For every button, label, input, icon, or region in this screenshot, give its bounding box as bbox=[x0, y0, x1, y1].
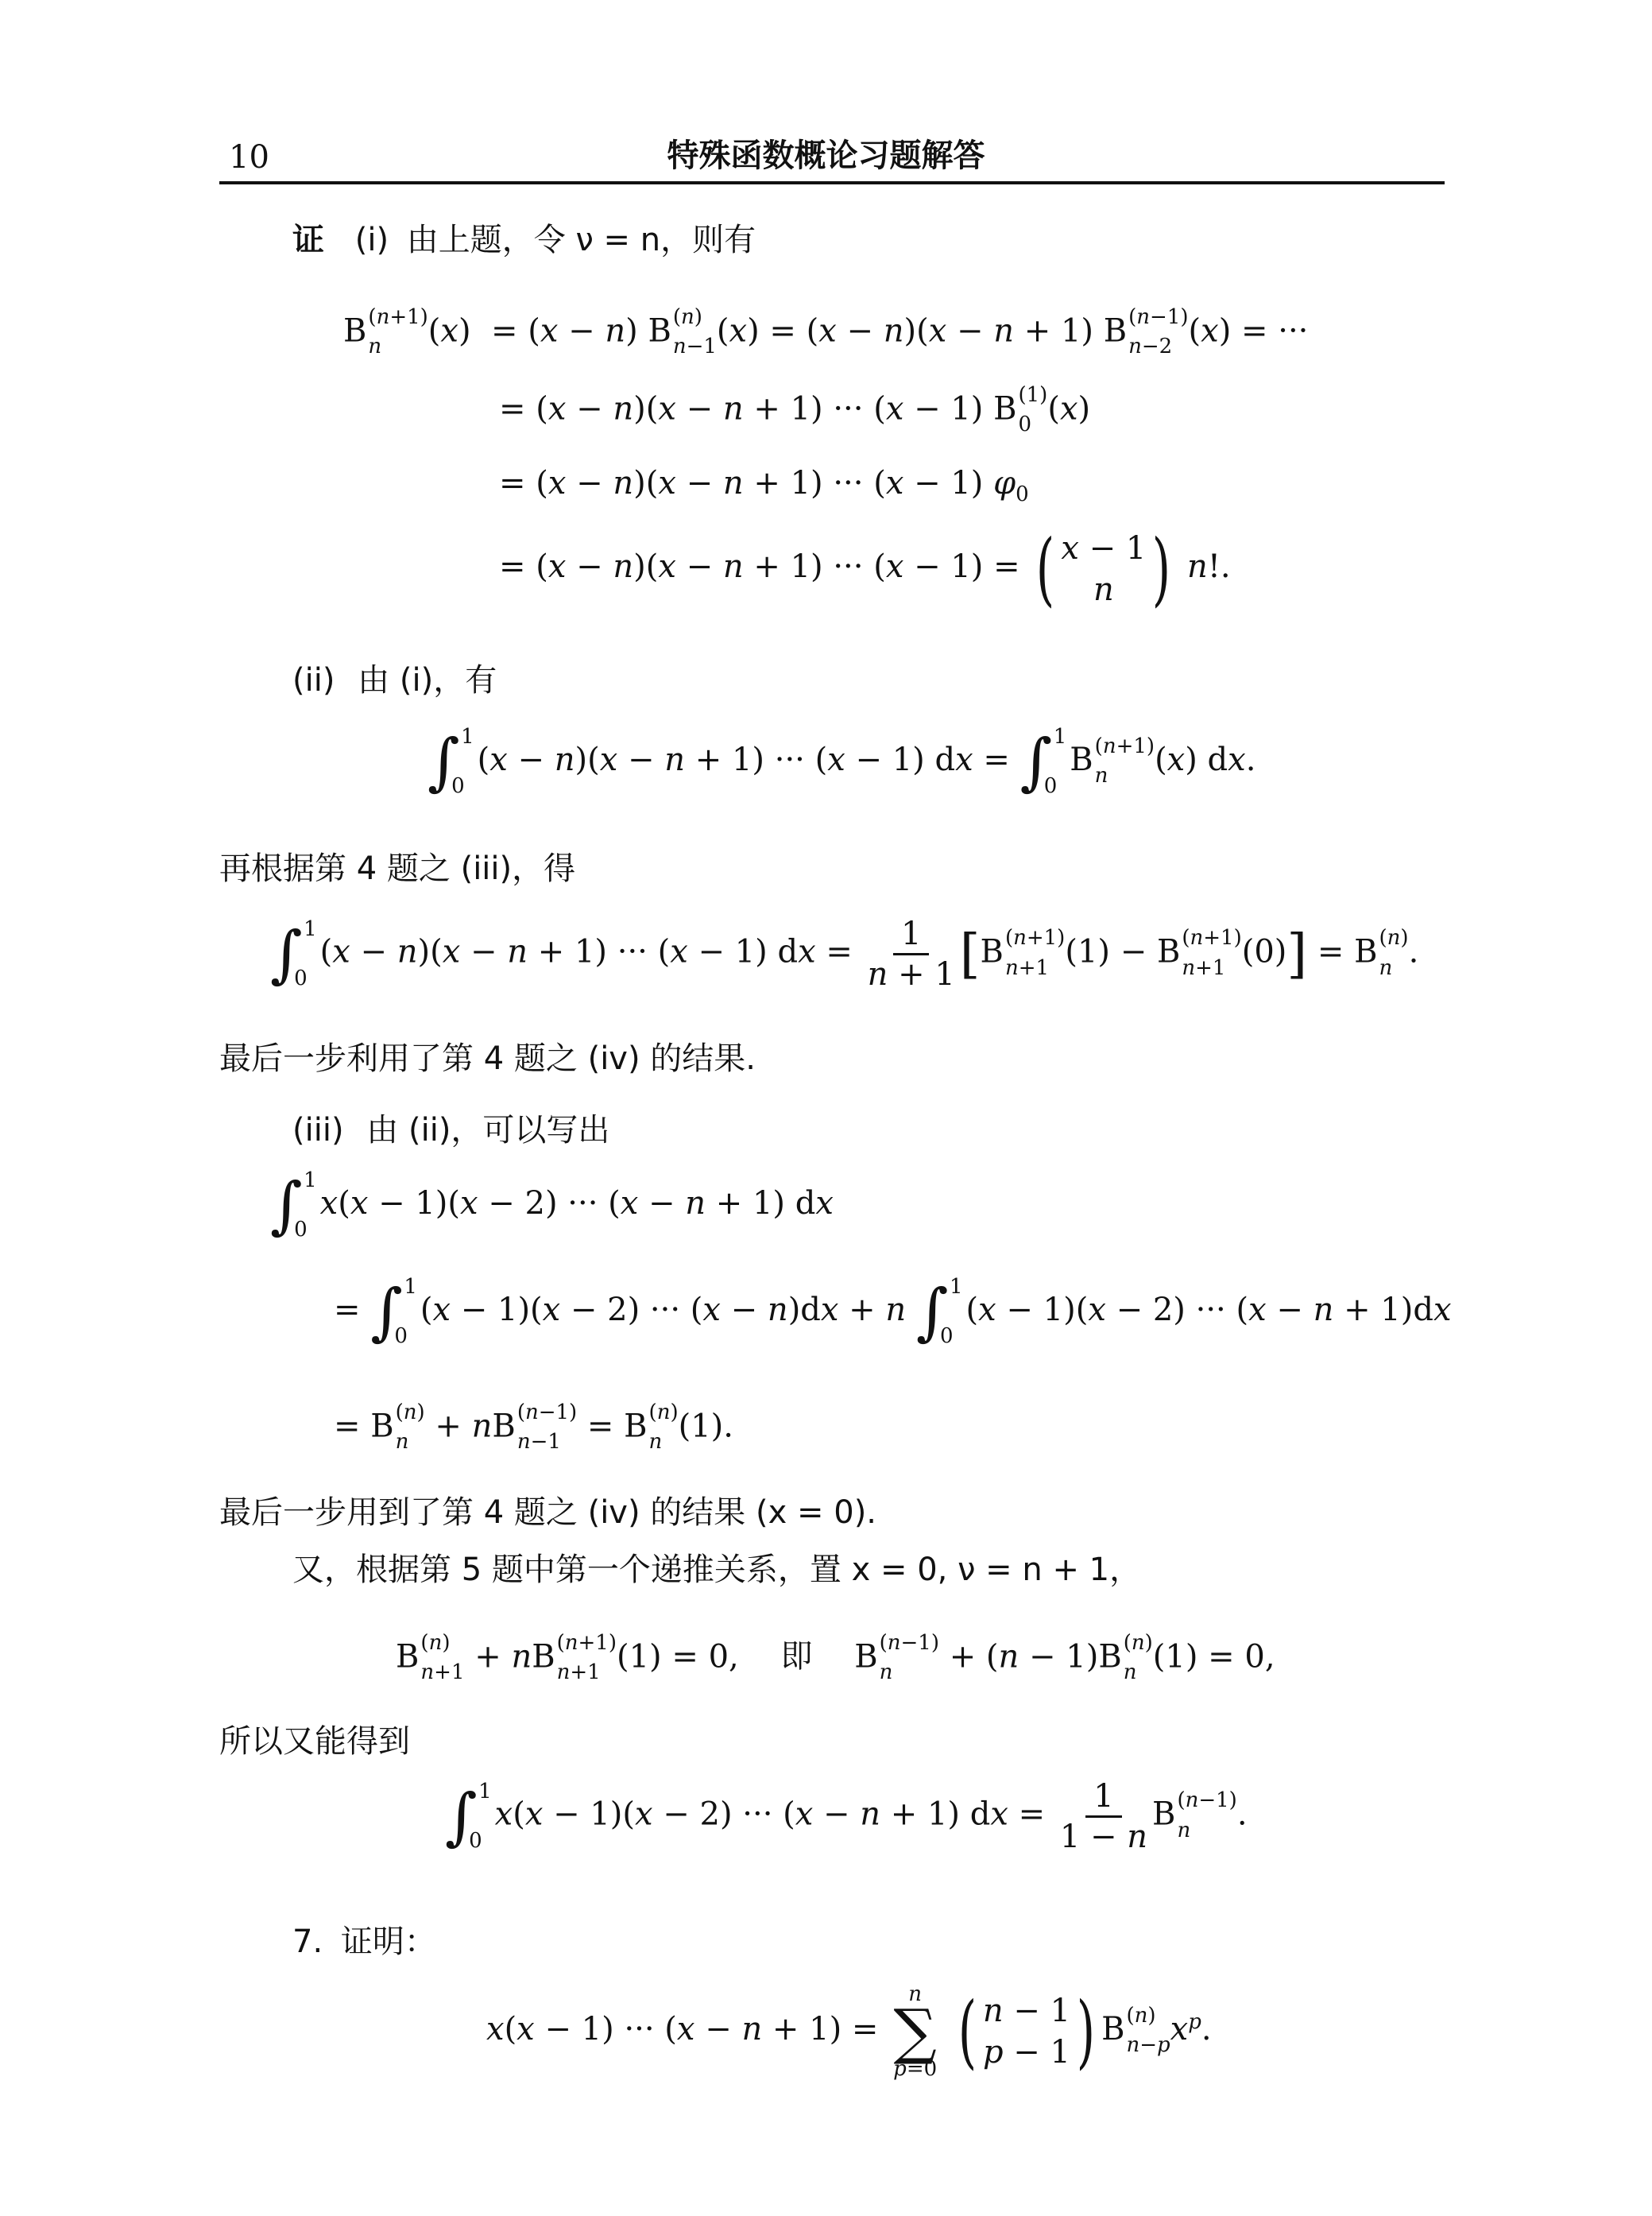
running-title: 特殊函数概论习题解答 bbox=[0, 140, 1652, 172]
equation-1-line-3: = (x − n)(x − n + 1) ··· (x − 1) φ0 bbox=[499, 467, 1029, 505]
paragraph-4: 又，根据第 5 题中第一个递推关系，置 x = 0, ν = n + 1， bbox=[292, 1554, 1141, 1586]
equation-2: ∫10(x − n)(x − n + 1) ··· (x − 1) dx = ∫… bbox=[428, 731, 1255, 793]
equation-4-line-2: = ∫10(x − 1)(x − 2) ··· (x − n)dx + n ∫1… bbox=[334, 1281, 1452, 1343]
part-ii-label: (ii) bbox=[292, 662, 335, 699]
paragraph-5: 所以又能得到 bbox=[219, 1726, 410, 1757]
equation-6: ∫10x(x − 1)(x − 2) ··· (x − n + 1) dx = … bbox=[445, 1780, 1248, 1853]
paragraph-2: 最后一步利用了第 4 题之 (iv) 的结果. bbox=[219, 1043, 756, 1075]
header-rule bbox=[219, 181, 1445, 184]
proof-label: 证 bbox=[292, 222, 324, 258]
paragraph-3: 最后一步用到了第 4 题之 (iv) 的结果 (x = 0). bbox=[219, 1497, 876, 1528]
equation-1-line-1: B(n+1)n(x) = (x − n) B(n)n−1(x) = (x − n… bbox=[343, 312, 1308, 355]
part-iii-label: (iii) bbox=[292, 1112, 344, 1149]
part-ii: (ii) 由 (i)，有 bbox=[292, 664, 497, 696]
problem-7-heading: 7. 证明： bbox=[292, 1926, 436, 1958]
equation-4-line-3: = B(n)n + nB(n−1)n−1 = B(n)n(1). bbox=[334, 1407, 733, 1451]
problem-label: 证明： bbox=[341, 1924, 436, 1960]
equation-7: x(x − 1) ··· (x − n + 1) = n∑p=0 (n − 1p… bbox=[486, 1984, 1212, 2079]
equation-4-line-1: ∫10x(x − 1)(x − 2) ··· (x − n + 1) dx bbox=[270, 1175, 834, 1237]
proof-intro-text: 由上题，令 ν = n，则有 bbox=[407, 222, 756, 258]
problem-number: 7. bbox=[292, 1924, 323, 1960]
part-ii-text: 由 (i)，有 bbox=[358, 662, 497, 699]
proof-intro: 证 (i) 由上题，令 ν = n，则有 bbox=[292, 224, 756, 256]
part-iii: (iii) 由 (ii)，可以写出 bbox=[292, 1114, 609, 1146]
part-label: (i) bbox=[355, 222, 389, 258]
paragraph-1: 再根据第 4 题之 (iii)，得 bbox=[219, 853, 575, 885]
equation-3: ∫10(x − n)(x − n + 1) ··· (x − 1) dx = 1… bbox=[270, 918, 1418, 990]
equation-1-line-4: = (x − n)(x − n + 1) ··· (x − 1) = (x − … bbox=[499, 528, 1231, 610]
equation-1-line-2: = (x − n)(x − n + 1) ··· (x − 1) B(1)0(x… bbox=[499, 389, 1090, 433]
equation-5: B(n)n+1 + nB(n+1)n+1(1) = 0, 即 B(n−1)n +… bbox=[396, 1637, 1275, 1681]
part-iii-text: 由 (ii)，可以写出 bbox=[366, 1112, 609, 1149]
